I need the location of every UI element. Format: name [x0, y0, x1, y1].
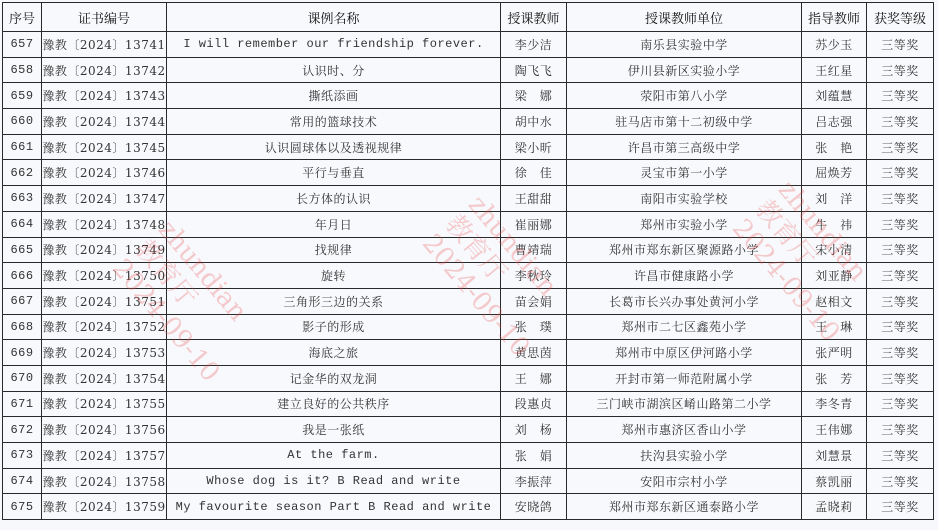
- cell-teacher-unit: 伊川县新区实验小学: [567, 57, 802, 83]
- cell-award-level: 三等奖: [867, 417, 934, 443]
- cell-serial-no: 659: [3, 83, 42, 109]
- cell-mentor: 苏少玉: [802, 32, 867, 58]
- table-row: 673豫教〔2024〕13757At the farm.张 娟扶沟县实验小学刘慧…: [3, 443, 934, 469]
- cell-teacher-unit: 三门峡市湖滨区崤山路第二小学: [567, 391, 802, 417]
- cell-lesson-title: Whose dog is it? B Read and write: [167, 468, 501, 494]
- table-row: 661豫教〔2024〕13745认识圆球体以及透视规律梁小昕许昌市第三高级中学张…: [3, 134, 934, 160]
- cell-teacher: 崔丽娜: [501, 211, 567, 237]
- cell-award-level: 三等奖: [867, 443, 934, 469]
- cell-lesson-title: 认识圆球体以及透视规律: [167, 134, 501, 160]
- cell-cert-no: 豫教〔2024〕13749: [42, 237, 167, 263]
- cell-teacher-unit: 郑州市郑东新区聚源路小学: [567, 237, 802, 263]
- table-row: 659豫教〔2024〕13743撕纸添画梁 娜荥阳市第八小学刘蕴慧三等奖: [3, 83, 934, 109]
- cell-mentor: 张严明: [802, 340, 867, 366]
- cell-cert-no: 豫教〔2024〕13753: [42, 340, 167, 366]
- cell-teacher-unit: 长葛市长兴办事处黄河小学: [567, 288, 802, 314]
- cell-teacher: 安晓鸽: [501, 494, 567, 520]
- table-row: 666豫教〔2024〕13750旋转李秋玲许昌市健康路小学刘亚静三等奖: [3, 263, 934, 289]
- table-row: 675豫教〔2024〕13759My favourite season Part…: [3, 494, 934, 520]
- cell-teacher: 梁小昕: [501, 134, 567, 160]
- cell-teacher-unit: 扶沟县实验小学: [567, 443, 802, 469]
- cell-teacher: 李秋玲: [501, 263, 567, 289]
- header-teacher-unit: 授课教师单位: [567, 3, 802, 32]
- cell-award-level: 三等奖: [867, 288, 934, 314]
- header-serial-no: 序号: [3, 3, 42, 32]
- header-lesson-title: 课例名称: [167, 3, 501, 32]
- cell-lesson-title: 三角形三边的关系: [167, 288, 501, 314]
- cell-teacher-unit: 驻马店市第十二初级中学: [567, 109, 802, 135]
- table-row: 668豫教〔2024〕13752影子的形成张 璞郑州市二七区鑫苑小学王 琳三等奖: [3, 314, 934, 340]
- table-row: 664豫教〔2024〕13748年月日崔丽娜郑州市实验小学牛 祎三等奖: [3, 211, 934, 237]
- cell-mentor: 刘亚静: [802, 263, 867, 289]
- cell-lesson-title: At the farm.: [167, 443, 501, 469]
- cell-teacher-unit: 郑州市郑东新区通泰路小学: [567, 494, 802, 520]
- cell-teacher: 段惠贞: [501, 391, 567, 417]
- cell-lesson-title: 撕纸添画: [167, 83, 501, 109]
- cell-serial-no: 662: [3, 160, 42, 186]
- cell-lesson-title: 认识时、分: [167, 57, 501, 83]
- table-row: 671豫教〔2024〕13755建立良好的公共秩序段惠贞三门峡市湖滨区崤山路第二…: [3, 391, 934, 417]
- cell-cert-no: 豫教〔2024〕13742: [42, 57, 167, 83]
- cell-award-level: 三等奖: [867, 494, 934, 520]
- cell-award-level: 三等奖: [867, 211, 934, 237]
- cell-mentor: 牛 祎: [802, 211, 867, 237]
- table-row: 658豫教〔2024〕13742认识时、分陶飞飞伊川县新区实验小学王红星三等奖: [3, 57, 934, 83]
- cell-serial-no: 657: [3, 32, 42, 58]
- table-row: 662豫教〔2024〕13746平行与垂直徐 佳灵宝市第一小学屈焕芳三等奖: [3, 160, 934, 186]
- cell-award-level: 三等奖: [867, 109, 934, 135]
- cell-lesson-title: 旋转: [167, 263, 501, 289]
- cell-teacher: 徐 佳: [501, 160, 567, 186]
- cell-cert-no: 豫教〔2024〕13746: [42, 160, 167, 186]
- cell-award-level: 三等奖: [867, 237, 934, 263]
- cell-cert-no: 豫教〔2024〕13750: [42, 263, 167, 289]
- cell-teacher-unit: 安阳市宗村小学: [567, 468, 802, 494]
- cell-lesson-title: 年月日: [167, 211, 501, 237]
- cell-teacher: 李少洁: [501, 32, 567, 58]
- cell-serial-no: 670: [3, 365, 42, 391]
- cell-teacher: 张 璞: [501, 314, 567, 340]
- cell-mentor: 吕志强: [802, 109, 867, 135]
- cell-teacher-unit: 灵宝市第一小学: [567, 160, 802, 186]
- cell-award-level: 三等奖: [867, 365, 934, 391]
- cell-lesson-title: 常用的篮球技术: [167, 109, 501, 135]
- cell-teacher: 苗会娟: [501, 288, 567, 314]
- cell-cert-no: 豫教〔2024〕13755: [42, 391, 167, 417]
- cell-award-level: 三等奖: [867, 263, 934, 289]
- cell-teacher-unit: 许昌市第三高级中学: [567, 134, 802, 160]
- cell-cert-no: 豫教〔2024〕13747: [42, 186, 167, 212]
- cell-cert-no: 豫教〔2024〕13745: [42, 134, 167, 160]
- cell-mentor: 屈焕芳: [802, 160, 867, 186]
- cell-serial-no: 674: [3, 468, 42, 494]
- cell-lesson-title: 我是一张纸: [167, 417, 501, 443]
- cell-teacher-unit: 荥阳市第八小学: [567, 83, 802, 109]
- table-row: 672豫教〔2024〕13756我是一张纸刘 杨郑州市惠济区香山小学王伟娜三等奖: [3, 417, 934, 443]
- table-row: 669豫教〔2024〕13753海底之旅黄思茵郑州市中原区伊河路小学张严明三等奖: [3, 340, 934, 366]
- cell-lesson-title: 建立良好的公共秩序: [167, 391, 501, 417]
- cell-teacher-unit: 许昌市健康路小学: [567, 263, 802, 289]
- cell-teacher-unit: 郑州市惠济区香山小学: [567, 417, 802, 443]
- table-row: 667豫教〔2024〕13751三角形三边的关系苗会娟长葛市长兴办事处黄河小学赵…: [3, 288, 934, 314]
- cell-serial-no: 658: [3, 57, 42, 83]
- cell-teacher: 张 娟: [501, 443, 567, 469]
- cell-mentor: 刘慧景: [802, 443, 867, 469]
- cell-serial-no: 660: [3, 109, 42, 135]
- cell-cert-no: 豫教〔2024〕13743: [42, 83, 167, 109]
- cell-award-level: 三等奖: [867, 468, 934, 494]
- cell-award-level: 三等奖: [867, 391, 934, 417]
- header-mentor: 指导教师: [802, 3, 867, 32]
- cell-mentor: 王伟娜: [802, 417, 867, 443]
- cell-mentor: 刘蕴慧: [802, 83, 867, 109]
- cell-cert-no: 豫教〔2024〕13752: [42, 314, 167, 340]
- cell-teacher-unit: 郑州市实验小学: [567, 211, 802, 237]
- header-cert-no: 证书编号: [42, 3, 167, 32]
- cell-teacher: 王甜甜: [501, 186, 567, 212]
- table-row: 665豫教〔2024〕13749找规律曹靖瑞郑州市郑东新区聚源路小学宋小清三等奖: [3, 237, 934, 263]
- cell-serial-no: 666: [3, 263, 42, 289]
- cell-cert-no: 豫教〔2024〕13741: [42, 32, 167, 58]
- cell-lesson-title: My favourite season Part B Read and writ…: [167, 494, 501, 520]
- cell-award-level: 三等奖: [867, 340, 934, 366]
- cell-teacher-unit: 郑州市中原区伊河路小学: [567, 340, 802, 366]
- cell-award-level: 三等奖: [867, 83, 934, 109]
- cell-teacher-unit: 开封市第一师范附属小学: [567, 365, 802, 391]
- cell-award-level: 三等奖: [867, 32, 934, 58]
- cell-award-level: 三等奖: [867, 57, 934, 83]
- table-body: 657豫教〔2024〕13741I will remember our frie…: [3, 32, 934, 520]
- cell-mentor: 李冬青: [802, 391, 867, 417]
- cell-cert-no: 豫教〔2024〕13758: [42, 468, 167, 494]
- cell-mentor: 王 琳: [802, 314, 867, 340]
- cell-cert-no: 豫教〔2024〕13754: [42, 365, 167, 391]
- cell-mentor: 宋小清: [802, 237, 867, 263]
- cell-mentor: 刘 洋: [802, 186, 867, 212]
- header-teacher: 授课教师: [501, 3, 567, 32]
- cell-teacher: 梁 娜: [501, 83, 567, 109]
- cell-cert-no: 豫教〔2024〕13757: [42, 443, 167, 469]
- cell-serial-no: 665: [3, 237, 42, 263]
- cell-lesson-title: 平行与垂直: [167, 160, 501, 186]
- cell-serial-no: 673: [3, 443, 42, 469]
- cell-serial-no: 664: [3, 211, 42, 237]
- cell-mentor: 王红星: [802, 57, 867, 83]
- table-header-row: 序号 证书编号 课例名称 授课教师 授课教师单位 指导教师 获奖等级: [3, 3, 934, 32]
- header-award-level: 获奖等级: [867, 3, 934, 32]
- cell-award-level: 三等奖: [867, 134, 934, 160]
- cell-serial-no: 669: [3, 340, 42, 366]
- table-row: 674豫教〔2024〕13758Whose dog is it? B Read …: [3, 468, 934, 494]
- cell-serial-no: 672: [3, 417, 42, 443]
- cell-teacher: 陶飞飞: [501, 57, 567, 83]
- cell-teacher: 胡中水: [501, 109, 567, 135]
- table-row: 657豫教〔2024〕13741I will remember our frie…: [3, 32, 934, 58]
- cell-serial-no: 671: [3, 391, 42, 417]
- table-row: 660豫教〔2024〕13744常用的篮球技术胡中水驻马店市第十二初级中学吕志强…: [3, 109, 934, 135]
- cell-teacher-unit: 南阳市实验学校: [567, 186, 802, 212]
- cell-serial-no: 675: [3, 494, 42, 520]
- cell-lesson-title: 影子的形成: [167, 314, 501, 340]
- cell-cert-no: 豫教〔2024〕13744: [42, 109, 167, 135]
- table-row: 663豫教〔2024〕13747长方体的认识王甜甜南阳市实验学校刘 洋三等奖: [3, 186, 934, 212]
- cell-lesson-title: I will remember our friendship forever.: [167, 32, 501, 58]
- cell-cert-no: 豫教〔2024〕13751: [42, 288, 167, 314]
- cell-mentor: 孟晓莉: [802, 494, 867, 520]
- cell-teacher: 黄思茵: [501, 340, 567, 366]
- cell-mentor: 赵相文: [802, 288, 867, 314]
- cell-lesson-title: 记金华的双龙洞: [167, 365, 501, 391]
- cell-lesson-title: 找规律: [167, 237, 501, 263]
- cell-cert-no: 豫教〔2024〕13759: [42, 494, 167, 520]
- cell-mentor: 蔡凯丽: [802, 468, 867, 494]
- cell-serial-no: 668: [3, 314, 42, 340]
- cell-teacher: 刘 杨: [501, 417, 567, 443]
- cell-cert-no: 豫教〔2024〕13756: [42, 417, 167, 443]
- cell-teacher: 王 娜: [501, 365, 567, 391]
- cell-serial-no: 661: [3, 134, 42, 160]
- cell-mentor: 张 芳: [802, 365, 867, 391]
- awards-table: 序号 证书编号 课例名称 授课教师 授课教师单位 指导教师 获奖等级 657豫教…: [2, 2, 934, 520]
- cell-teacher-unit: 郑州市二七区鑫苑小学: [567, 314, 802, 340]
- cell-cert-no: 豫教〔2024〕13748: [42, 211, 167, 237]
- cell-mentor: 张 艳: [802, 134, 867, 160]
- cell-serial-no: 663: [3, 186, 42, 212]
- table-row: 670豫教〔2024〕13754记金华的双龙洞王 娜开封市第一师范附属小学张 芳…: [3, 365, 934, 391]
- cell-teacher-unit: 南乐县实验中学: [567, 32, 802, 58]
- cell-teacher: 李振萍: [501, 468, 567, 494]
- cell-award-level: 三等奖: [867, 160, 934, 186]
- cell-serial-no: 667: [3, 288, 42, 314]
- cell-lesson-title: 长方体的认识: [167, 186, 501, 212]
- cell-award-level: 三等奖: [867, 186, 934, 212]
- cell-teacher: 曹靖瑞: [501, 237, 567, 263]
- cell-lesson-title: 海底之旅: [167, 340, 501, 366]
- cell-award-level: 三等奖: [867, 314, 934, 340]
